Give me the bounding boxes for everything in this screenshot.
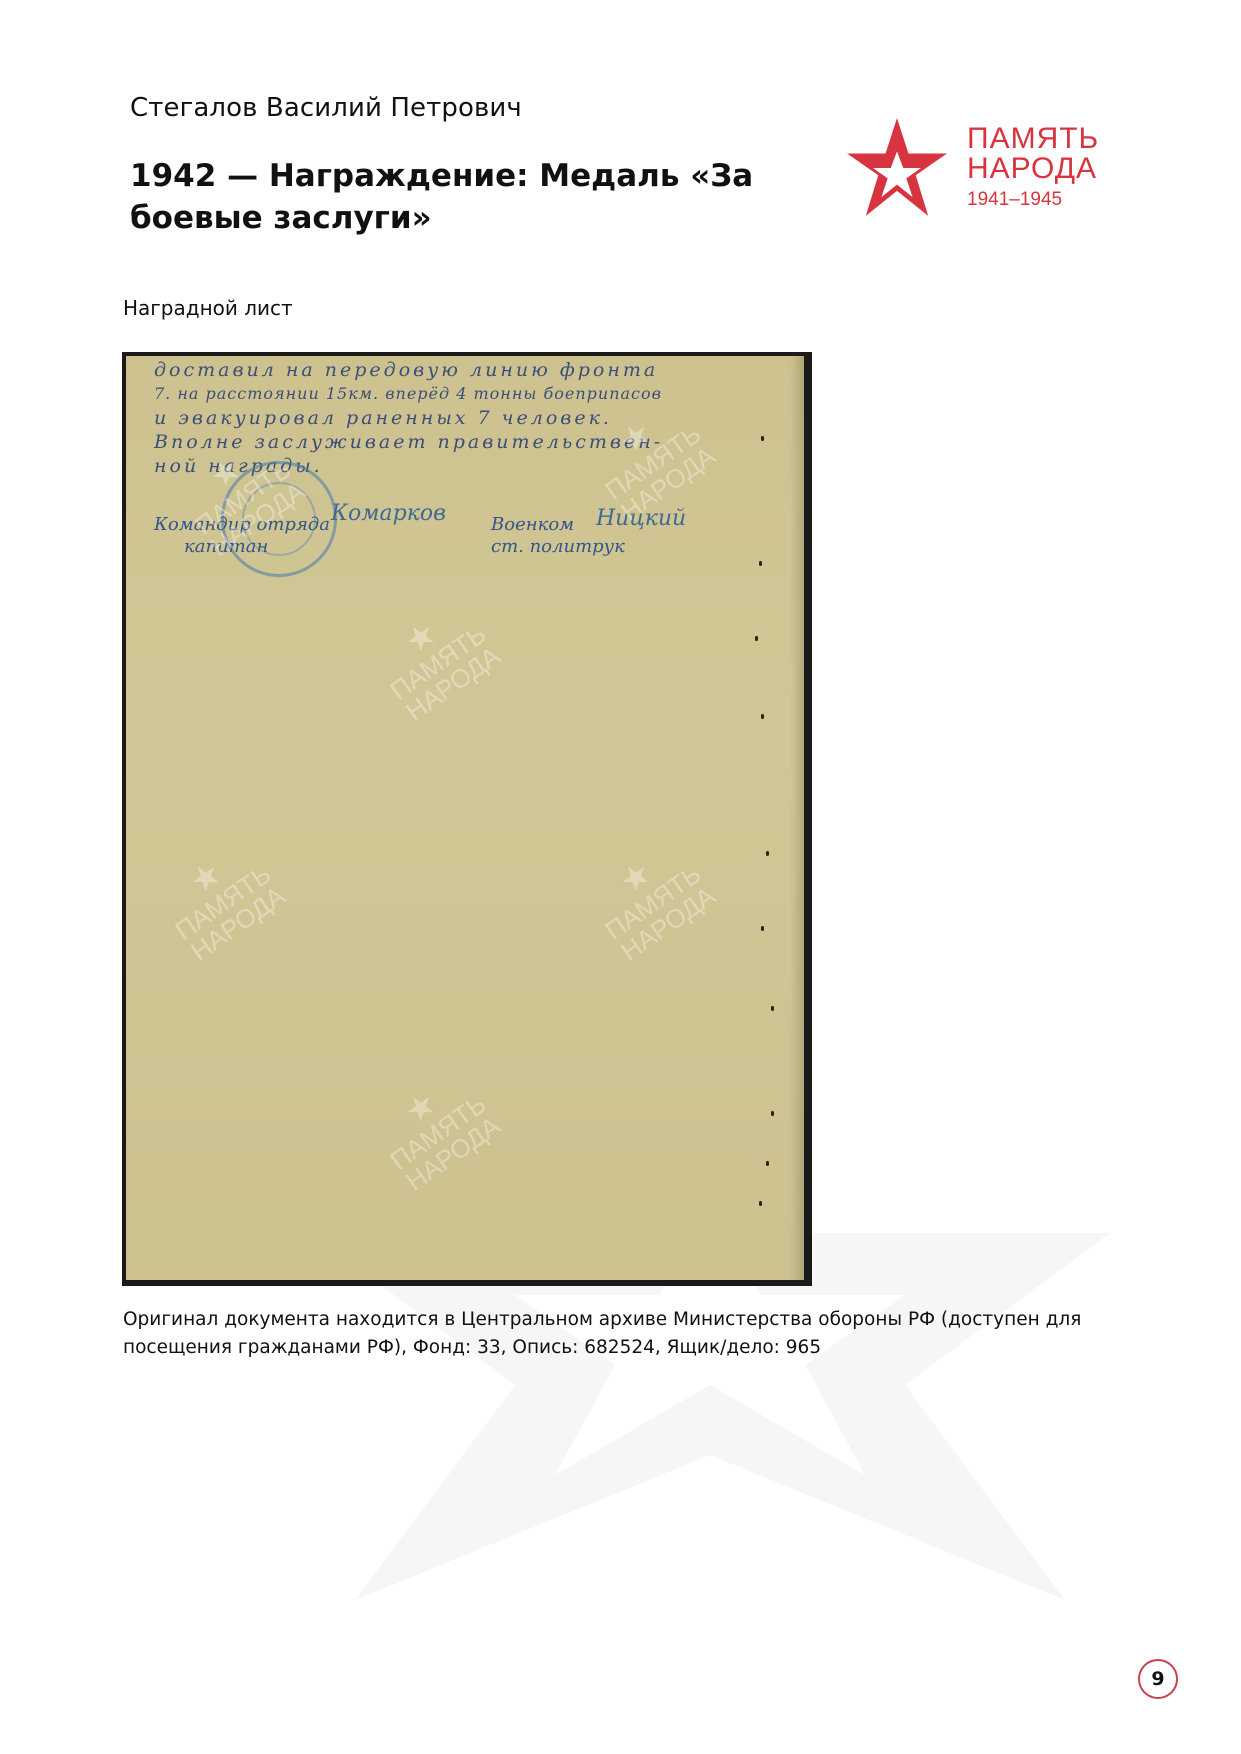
paper-speck bbox=[759, 1201, 762, 1206]
paper-speck bbox=[761, 926, 764, 931]
paper-speck bbox=[771, 1006, 774, 1011]
handwritten-line: 7. на расстоянии 15км. вперёд 4 тонны бо… bbox=[154, 382, 794, 406]
paper-speck bbox=[761, 714, 764, 719]
signature-commander: Командир отряда капитан bbox=[154, 514, 330, 558]
watermark: ★ ПАМЯТЬ НАРОДА bbox=[366, 1062, 505, 1195]
logo-line-2: НАРОДА bbox=[967, 154, 1099, 184]
person-name: Стегалов Василий Петрович bbox=[130, 93, 522, 123]
handwritten-line: доставил на передовую линию фронта bbox=[154, 358, 794, 382]
logo-text: ПАМЯТЬ НАРОДА 1941–1945 bbox=[967, 124, 1099, 214]
logo-line-1: ПАМЯТЬ bbox=[967, 124, 1099, 154]
signature-commander-scribble: Комарков bbox=[331, 501, 446, 526]
paper-speck bbox=[761, 436, 764, 441]
handwritten-line: Вполне заслуживает правительствен- bbox=[154, 430, 794, 454]
page-number: 9 bbox=[1138, 1659, 1178, 1699]
watermark-star-icon: ★ bbox=[151, 832, 260, 923]
watermark-star-icon: ★ bbox=[366, 592, 475, 683]
award-title: 1942 — Награждение: Медаль «За боевые за… bbox=[130, 155, 770, 239]
paper-speck bbox=[771, 1111, 774, 1116]
signature-commander-title: Командир отряда bbox=[154, 514, 330, 536]
document-type-label: Наградной лист bbox=[123, 296, 293, 320]
paper-speck bbox=[766, 851, 769, 856]
paper-speck bbox=[755, 636, 758, 641]
memory-of-people-logo: ПАМЯТЬ НАРОДА 1941–1945 bbox=[845, 112, 1115, 222]
document-scan-image[interactable]: доставил на передовую линию фронта 7. на… bbox=[122, 352, 812, 1286]
watermark-star-icon: ★ bbox=[366, 1062, 475, 1153]
handwritten-line: и эвакуировал раненных 7 человек. bbox=[154, 406, 794, 430]
archive-caption: Оригинал документа находится в Центральн… bbox=[123, 1306, 1103, 1362]
signature-commander-rank: капитан bbox=[154, 536, 330, 558]
signature-commissar-rank: ст. политрук bbox=[491, 536, 625, 558]
document-paper: доставил на передовую линию фронта 7. на… bbox=[126, 356, 804, 1280]
signature-commissar-scribble: Ницкий bbox=[596, 506, 686, 531]
handwritten-text: доставил на передовую линию фронта 7. на… bbox=[154, 358, 794, 478]
watermark: ★ ПАМЯТЬ НАРОДА bbox=[366, 592, 505, 725]
logo-years: 1941–1945 bbox=[967, 186, 1099, 214]
watermark-star-icon: ★ bbox=[581, 832, 690, 923]
paper-speck bbox=[759, 561, 762, 566]
red-star-icon bbox=[845, 116, 949, 220]
watermark: ★ ПАМЯТЬ НАРОДА bbox=[151, 832, 290, 965]
watermark: ★ ПАМЯТЬ НАРОДА bbox=[581, 832, 720, 965]
paper-speck bbox=[766, 1161, 769, 1166]
